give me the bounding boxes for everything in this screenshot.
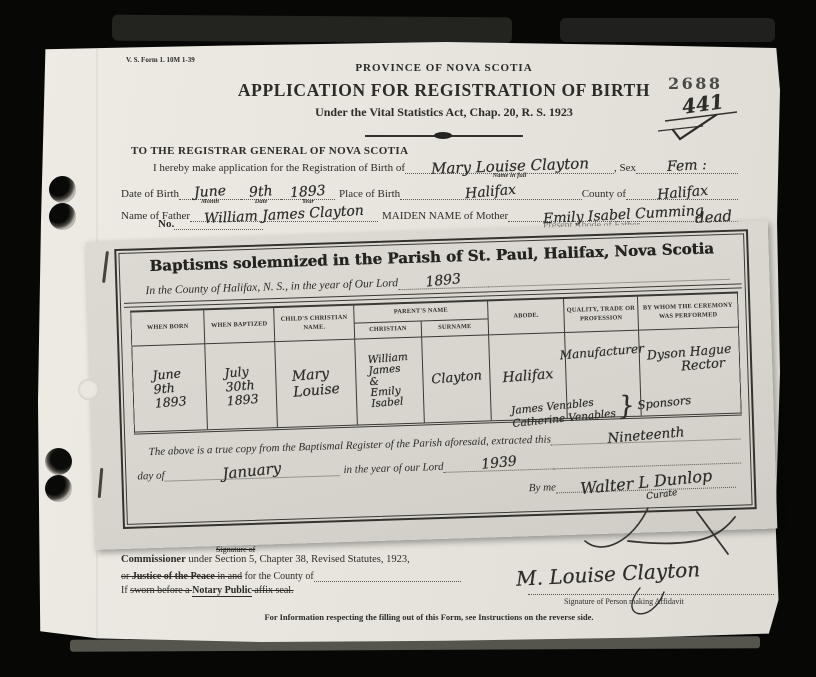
justice-line: or Justice of the Peace in and for the C… [121, 566, 461, 582]
county-label: County of [582, 188, 626, 200]
struck-or: or [121, 571, 132, 582]
number-line: No. [158, 214, 263, 230]
birth-year-field: 1893 Year [281, 183, 335, 200]
when-born-value: June 9th 1893 [152, 366, 187, 411]
col-header-when-baptized: WHEN BAPTIZED [204, 308, 275, 344]
abode-value: Halifax [502, 367, 554, 387]
by-me-label: By me [529, 481, 557, 494]
cell-christian: William James & Emily Isabel [355, 337, 425, 424]
commissioner-word: Commissioner [121, 554, 186, 565]
background-paper-edge [112, 15, 512, 44]
scanned-document-photo: V. S. Form 1. 10M 1-39 PROVINCE OF NOVA … [0, 0, 816, 677]
place-value: Halifax [465, 183, 517, 201]
background-paper-edge [560, 18, 775, 42]
act-subtitle: Under the Vital Statistics Act, Chap. 20… [138, 105, 750, 120]
col-header-by-whom: BY WHOM THE CEREMONY WAS PERFORMED [638, 294, 738, 331]
place-of-birth-label: Place of Birth [335, 188, 400, 200]
struck-in-and: in and [215, 571, 242, 582]
surname-value: Clayton [431, 370, 483, 389]
cell-child-name: Mary Louise [275, 340, 358, 427]
cell-surname: Clayton [422, 335, 492, 422]
child-name-value: Mary Louise [291, 366, 340, 401]
col-header-abode: ABODE. [488, 299, 565, 335]
affidavit-signature: M. Louise Clayton [515, 557, 700, 591]
baptismal-certificate-sheet: Baptisms solemnized in the Parish of St.… [86, 221, 777, 550]
col-header-child-name: CHILD'S CHRISTIAN NAME. [274, 306, 355, 342]
if-word: If [121, 585, 130, 596]
cell-when-born: June 9th 1893 [132, 344, 208, 431]
extract-year-value: 1939 [480, 454, 517, 472]
divider-dot [434, 132, 452, 139]
birth-month-field: June Month [179, 183, 241, 200]
application-label: I hereby make application for the Regist… [153, 162, 405, 174]
cell-when-baptized: July 30th 1893 [205, 342, 278, 429]
sex-label: , Sex [614, 162, 636, 174]
commissioner-line: Commissioner under Section 5, Chapter 38… [121, 554, 410, 565]
col-header-when-born: WHEN BORN [131, 310, 205, 346]
province-heading: PROVINCE OF NOVA SCOTIA [138, 62, 750, 74]
birth-day-field: 9th Date [241, 183, 281, 200]
county-of-field [314, 581, 461, 582]
county-of-text: for the County of [242, 571, 314, 582]
certificate-year-value: 1893 [425, 272, 462, 290]
day-of-label: day of [137, 470, 165, 483]
col-header-quality: QUALITY, TRADE OR PROFESSION [564, 297, 639, 333]
date-of-birth-label: Date of Birth [121, 188, 179, 200]
struck-sworn: sworn before a [130, 585, 192, 596]
form-footer-note: For Information respecting the filling o… [128, 612, 730, 622]
mother-label: MAIDEN NAME of Mother [378, 210, 508, 222]
name-field: Mary Louise Clayton Name in full [405, 157, 614, 174]
place-field: Halifax [400, 183, 582, 200]
sex-field: Fem : [636, 157, 738, 174]
quality-value: Manufacturer [560, 342, 645, 362]
struck-affix-seal: affix seal. [252, 585, 294, 596]
number-label: No. [158, 218, 174, 230]
affidavit-signature-line [528, 594, 774, 595]
when-baptized-value: July 30th 1893 [223, 363, 258, 408]
sex-value: Fem : [667, 158, 707, 174]
commissioner-rest: under Section 5, Chapter 38, Revised Sta… [186, 554, 410, 565]
signature-of-fragment: Signature of [216, 545, 255, 554]
number-field [174, 229, 263, 230]
by-whom-title-value: Rector [681, 357, 726, 375]
extract-year-field: 1939 [443, 452, 553, 472]
county-field: Halifax [626, 183, 738, 200]
form-title: APPLICATION FOR REGISTRATION OF BIRTH [138, 80, 750, 101]
affidavit-signature-caption: Signature of Person making Affidavit [564, 597, 684, 606]
application-line: I hereby make application for the Regist… [153, 154, 738, 174]
certificate-year-field: 1893 [398, 270, 488, 290]
birth-line: Date of Birth June Month 9th Date 1893 Y… [121, 180, 738, 200]
county-value: Halifax [656, 184, 708, 202]
christian-value: William James & Emily Isabel [367, 352, 412, 410]
notary-line: If sworn before a Notary Public affix se… [121, 585, 294, 596]
sponsors-word: Sponsors [637, 393, 692, 412]
name-caption: Name in full [493, 173, 527, 180]
notary-public-text: Notary Public [192, 585, 252, 597]
sponsors-brace: } [617, 391, 636, 423]
struck-justice-of-peace: Justice of the Peace [132, 571, 215, 582]
